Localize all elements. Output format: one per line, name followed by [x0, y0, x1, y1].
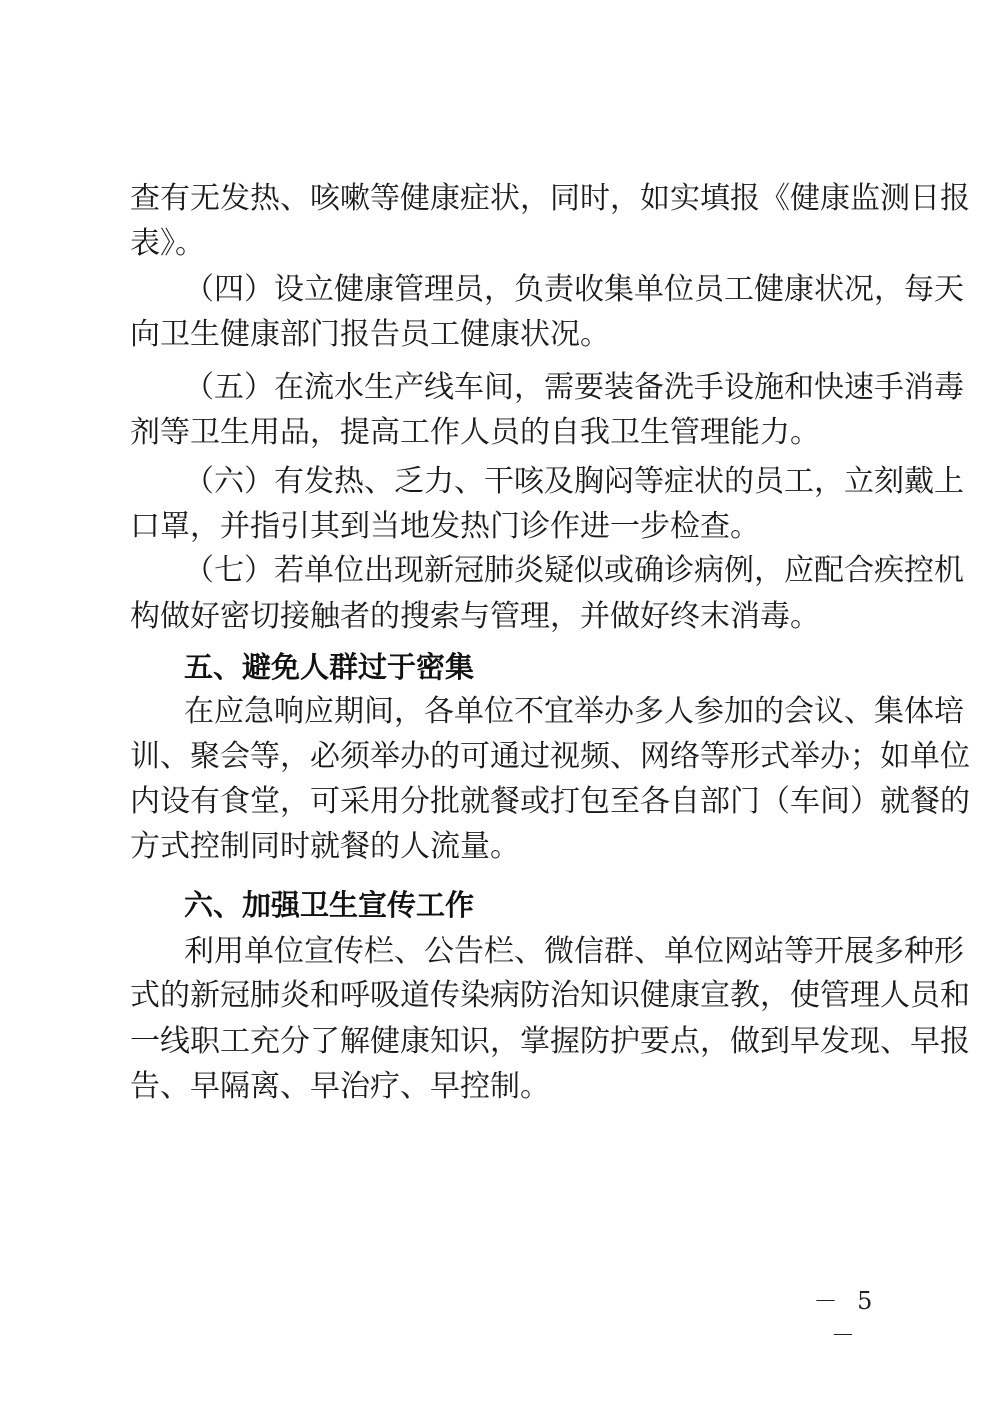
paragraph-line: 方式控制同时就餐的人流量。	[130, 825, 872, 869]
paragraph-line: （七）若单位出现新冠肺炎疑似或确诊病例，应配合疾控机	[184, 549, 872, 593]
paragraph-line: 剂等卫生用品，提高工作人员的自我卫生管理能力。	[130, 411, 872, 455]
paragraph-line: 口罩，并指引其到当地发热门诊作进一步检查。	[130, 505, 872, 549]
document-page: 查有无发热、咳嗽等健康症状，同时，如实填报《健康监测日报 表》。 （四）设立健康…	[0, 0, 999, 1414]
paragraph-line: 向卫生健康部门报告员工健康状况。	[130, 313, 872, 357]
paragraph-line: 表》。	[130, 222, 872, 266]
paragraph-line: 内设有食堂，可采用分批就餐或打包至各自部门（车间）就餐的	[130, 780, 872, 824]
paragraph-line: 利用单位宣传栏、公告栏、微信群、单位网站等开展多种形	[184, 930, 872, 974]
section-heading: 五、避免人群过于密集	[184, 645, 474, 689]
section-heading: 六、加强卫生宣传工作	[184, 883, 474, 927]
paragraph-line: 查有无发热、咳嗽等健康症状，同时，如实填报《健康监测日报	[130, 177, 872, 221]
paragraph-line: 构做好密切接触者的搜索与管理，并做好终末消毒。	[130, 595, 872, 639]
paragraph-line: 一线职工充分了解健康知识，掌握防护要点，做到早发现、早报	[130, 1020, 872, 1064]
paragraph-line: 告、早隔离、早治疗、早控制。	[130, 1065, 872, 1109]
paragraph-line: （五）在流水生产线车间，需要装备洗手设施和快速手消毒	[184, 366, 872, 410]
paragraph-line: （四）设立健康管理员，负责收集单位员工健康状况，每天	[184, 268, 872, 312]
page-number: － 5 －	[806, 1284, 886, 1318]
paragraph-line: 训、聚会等，必须举办的可通过视频、网络等形式举办；如单位	[130, 735, 872, 779]
paragraph-line: 式的新冠肺炎和呼吸道传染病防治知识健康宣教，使管理人员和	[130, 974, 872, 1018]
paragraph-line: 在应急响应期间，各单位不宜举办多人参加的会议、集体培	[184, 690, 872, 734]
paragraph-line: （六）有发热、乏力、干咳及胸闷等症状的员工，立刻戴上	[184, 460, 872, 504]
